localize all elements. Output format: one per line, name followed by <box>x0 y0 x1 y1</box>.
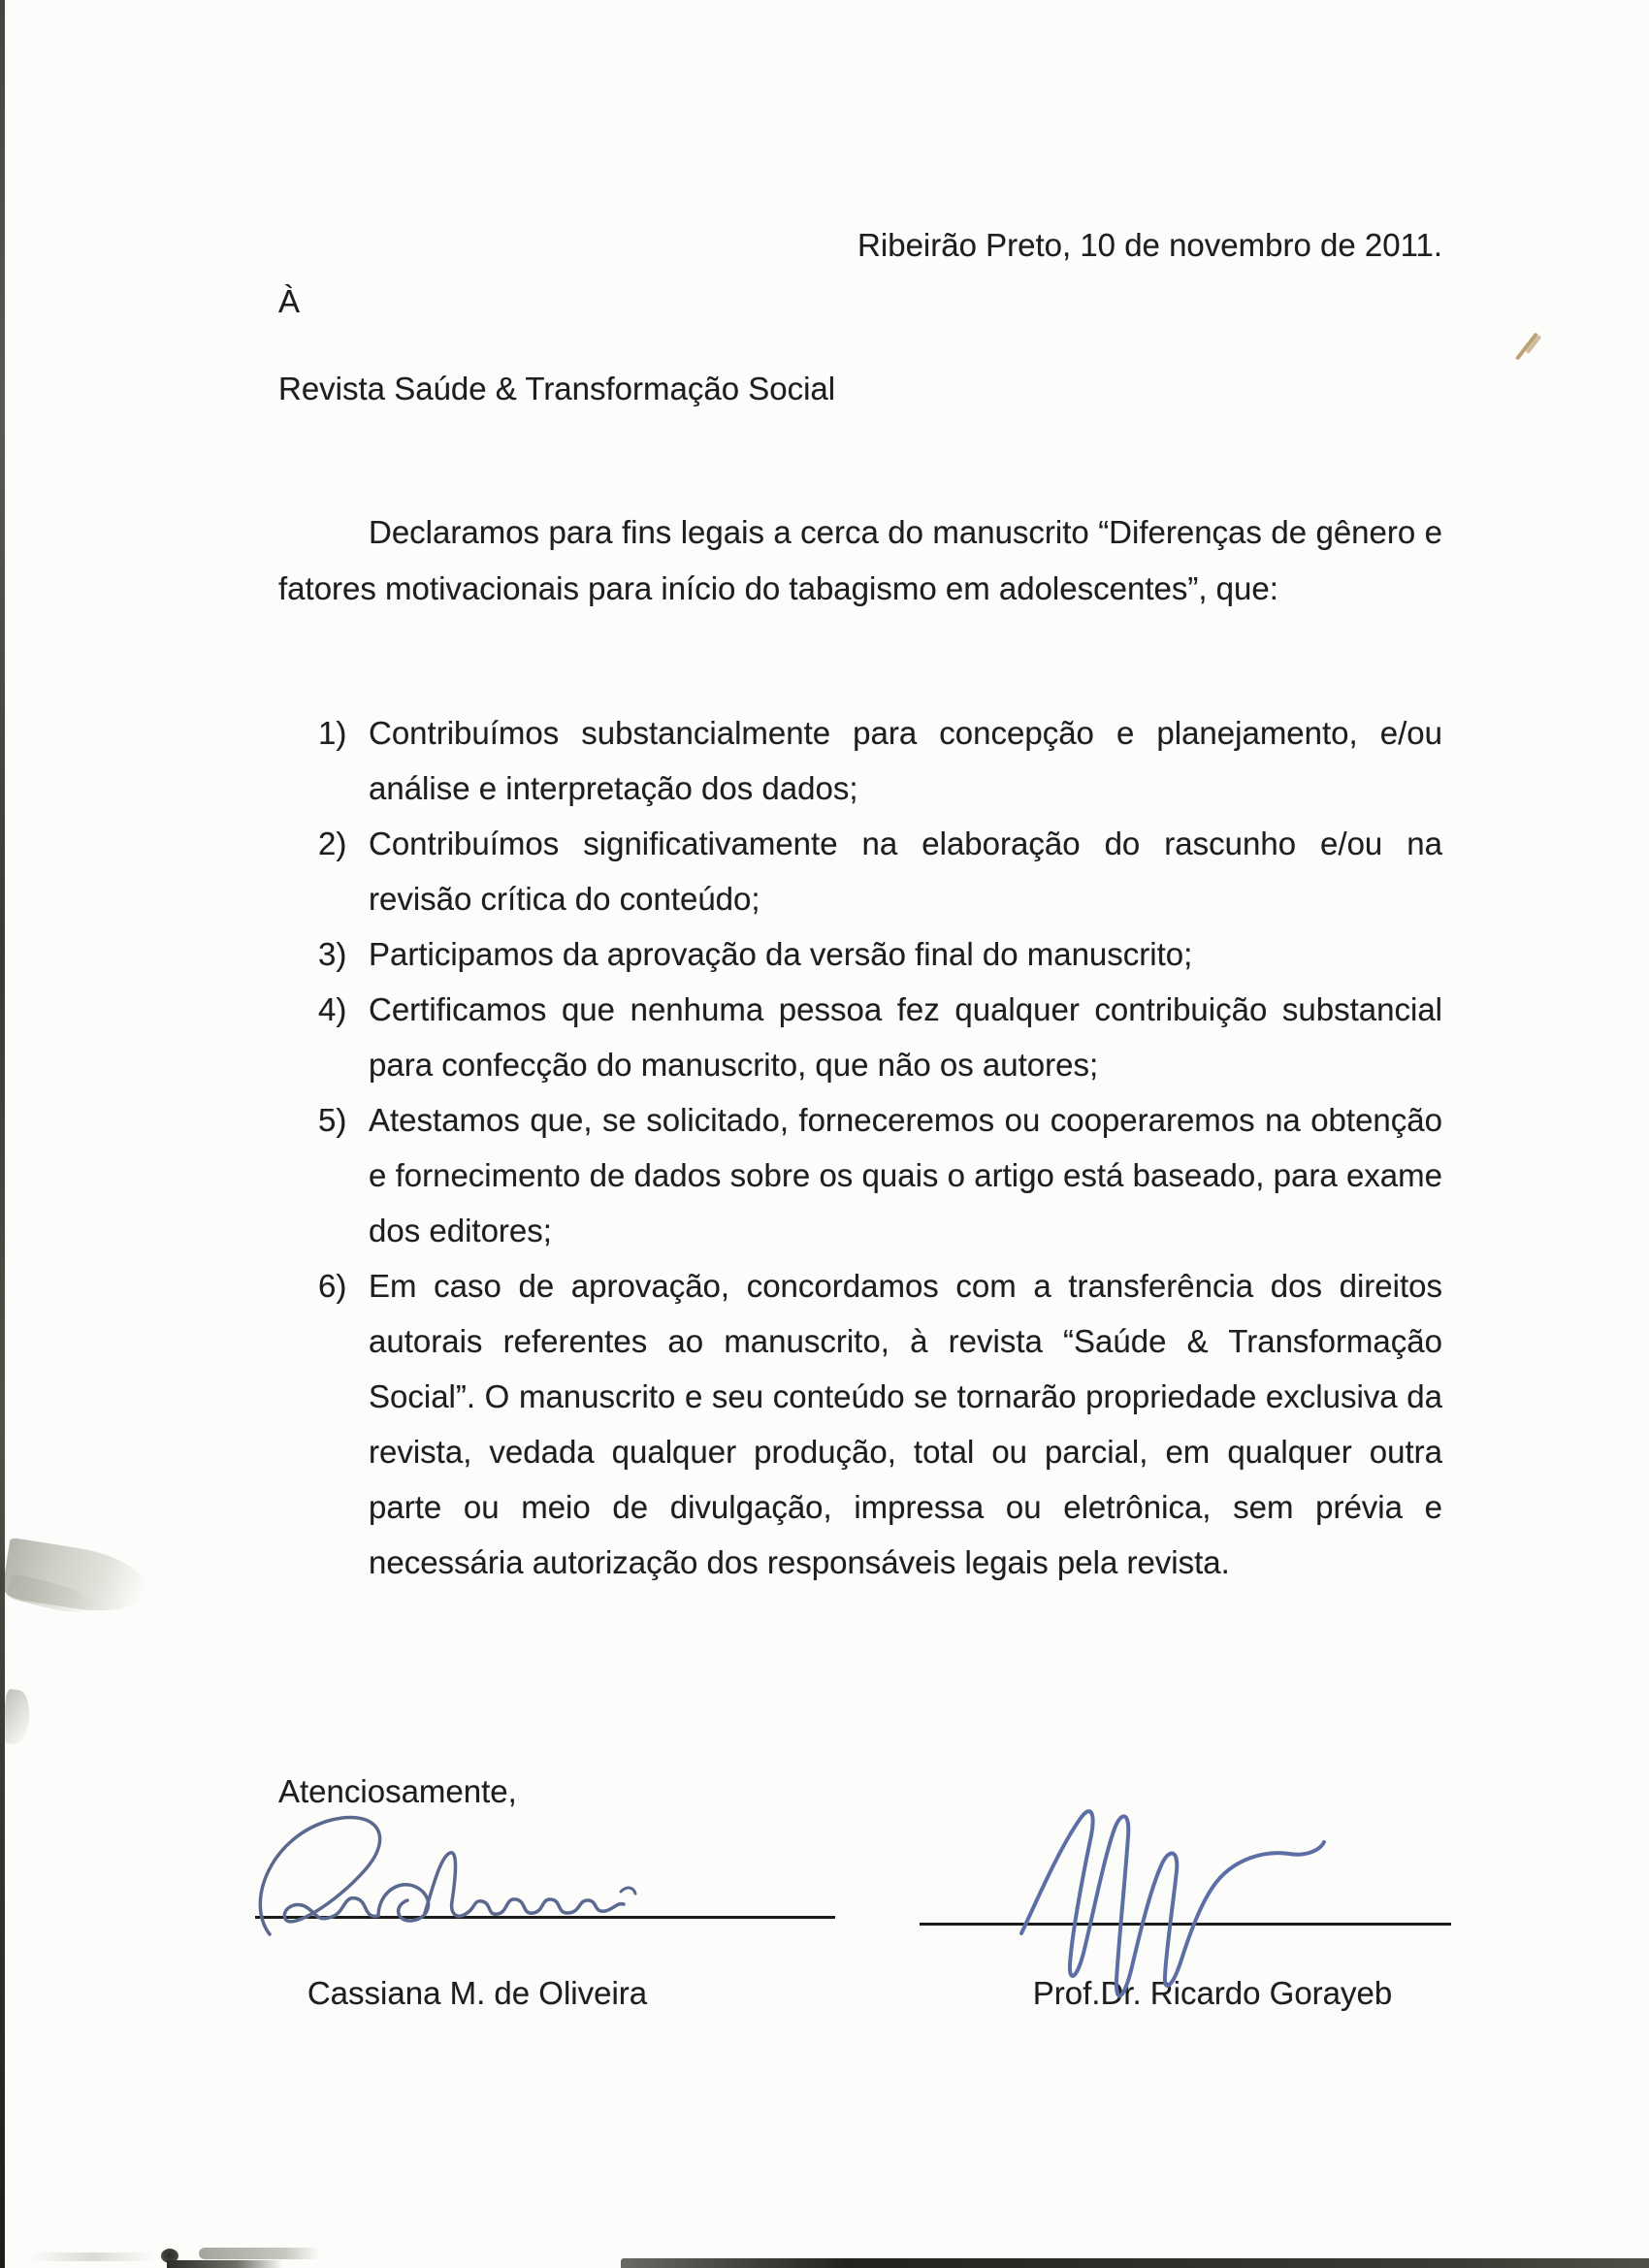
signature-line-right <box>920 1923 1451 1926</box>
scan-speck <box>1509 326 1550 371</box>
list-item: 3) Participamos da aprovação da versão f… <box>278 926 1442 982</box>
list-item: 6) Em caso de aprovação, concordamos com… <box>278 1258 1442 1590</box>
item-number: 5) <box>318 1092 346 1148</box>
item-number: 1) <box>318 705 346 761</box>
scanned-letter-page: Ribeirão Preto, 10 de novembro de 2011. … <box>0 0 1649 2268</box>
recipient-name: Revista Saúde & Transformação Social <box>278 371 835 407</box>
scan-bottom-streak <box>199 2248 320 2259</box>
scan-bottom-band-artifact <box>621 2258 1649 2268</box>
item-text: Contribuímos significativamente na elabo… <box>369 826 1442 917</box>
scan-bottom-block <box>167 2260 283 2268</box>
signatory-name-left: Cassiana M. de Oliveira <box>278 1975 676 2012</box>
closing-salutation: Atenciosamente, <box>278 1773 517 1810</box>
handwritten-signature-left <box>242 1806 669 1957</box>
signature-line-left <box>255 1916 835 1919</box>
declaration-list: 1) Contribuímos substancialmente para co… <box>278 705 1442 1590</box>
item-number: 4) <box>318 982 346 1037</box>
item-text: Atestamos que, se solicitado, fornecerem… <box>369 1102 1442 1248</box>
date-line: Ribeirão Preto, 10 de novembro de 2011. <box>857 227 1442 264</box>
list-item: 1) Contribuímos substancialmente para co… <box>278 705 1442 816</box>
signatory-name-right: Prof.Dr. Ricardo Gorayeb <box>999 1975 1426 2012</box>
item-number: 3) <box>318 926 346 982</box>
list-item: 5) Atestamos que, se solicitado, fornece… <box>278 1092 1442 1258</box>
scan-edge-artifact <box>0 0 5 2268</box>
item-text: Em caso de aprovação, concordamos com a … <box>369 1268 1442 1580</box>
item-text: Certificamos que nenhuma pessoa fez qual… <box>369 991 1442 1083</box>
item-number: 2) <box>318 816 346 871</box>
item-number: 6) <box>318 1258 346 1313</box>
scan-bottom-streak <box>29 2252 155 2261</box>
scan-speck-stroke <box>1515 332 1538 360</box>
list-item: 4) Certificamos que nenhuma pessoa fez q… <box>278 982 1442 1092</box>
item-text: Participamos da aprovação da versão fina… <box>369 936 1192 972</box>
item-text: Contribuímos substancialmente para conce… <box>369 715 1442 806</box>
scan-smudge <box>1 1689 32 1745</box>
list-item: 2) Contribuímos significativamente na el… <box>278 816 1442 926</box>
declaration-intro: Declaramos para fins legais a cerca do m… <box>278 504 1442 617</box>
recipient-salutation: À <box>278 283 300 320</box>
